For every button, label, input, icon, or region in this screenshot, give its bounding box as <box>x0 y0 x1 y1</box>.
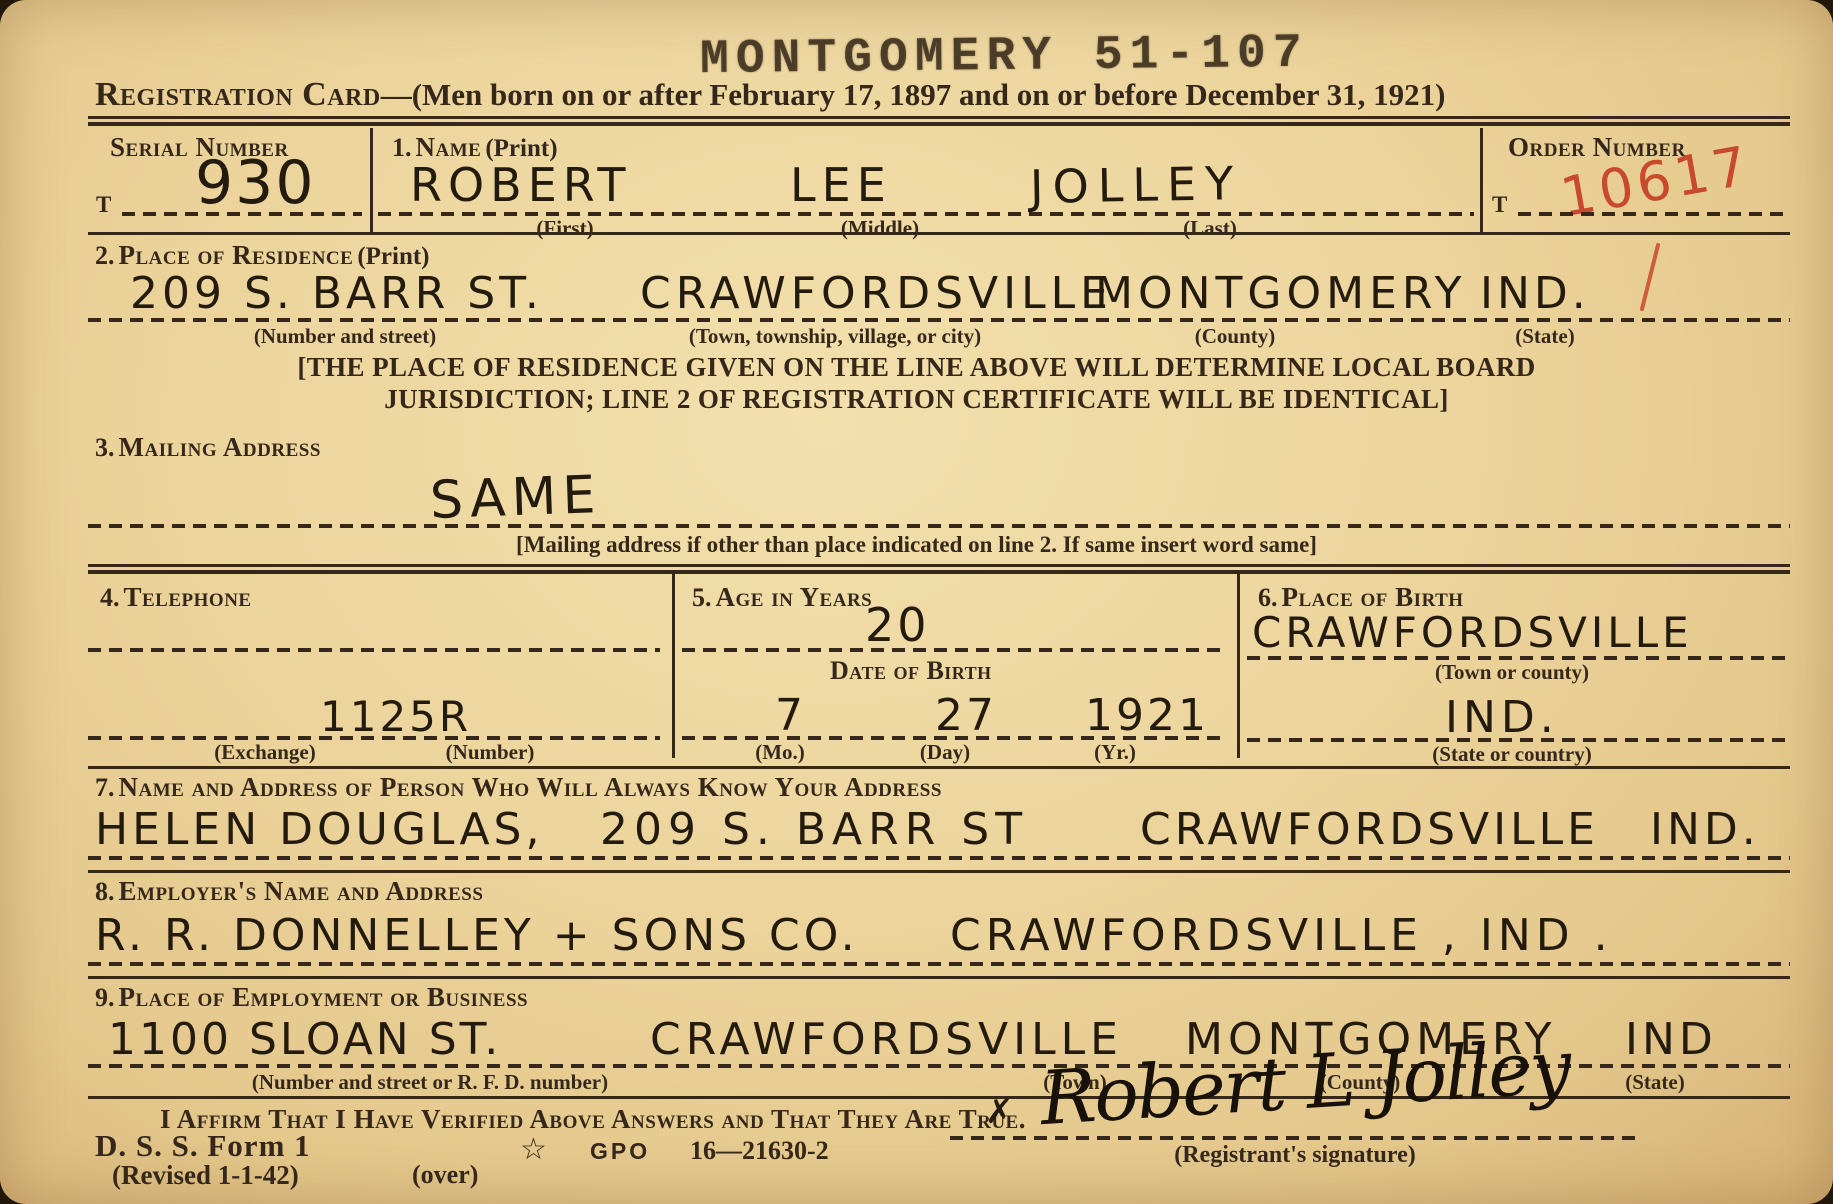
serial-t-prefix: T <box>96 192 111 218</box>
residence-county-sublabel: (County) <box>1195 324 1276 349</box>
jurisdiction-note-line1: [THE PLACE OF RESIDENCE GIVEN ON THE LIN… <box>0 352 1833 383</box>
residence-street-sublabel: (Number and street) <box>254 324 436 349</box>
birth-town-sublabel: (Town or county) <box>1435 660 1589 685</box>
header-divider <box>88 116 1790 126</box>
birth-town-value: CRAWFORDSVILLE <box>1252 608 1693 657</box>
contact-line <box>88 856 1790 860</box>
residence-label: 2. Place of Residence (Print) <box>95 240 430 271</box>
registration-card-scan: MONTGOMERY 51-107 Registration Card—(Men… <box>0 0 1833 1204</box>
mailing-label: 3. Mailing Address <box>95 432 321 463</box>
contact-label: 7. Name and Address of Person Who Will A… <box>95 772 942 803</box>
employer-line <box>88 962 1790 966</box>
employment-label: 9. Place of Employment or Business <box>95 982 528 1013</box>
card-title-qualifier: —(Men born on or after February 17, 1897… <box>381 77 1446 112</box>
dob-day-value: 27 <box>935 690 997 741</box>
serial-name-divider <box>370 128 373 232</box>
mailing-value: SAME <box>429 465 602 531</box>
card-header: Registration Card—(Men born on or after … <box>95 76 1446 114</box>
employment-state-sublabel: (State) <box>1625 1070 1684 1095</box>
residence-line <box>88 318 1790 322</box>
name-last-value: JOLLEY <box>1030 156 1243 214</box>
birth-state-value: IND. <box>1445 692 1559 743</box>
age-line <box>682 648 1227 652</box>
contact-name-value: HELEN DOUGLAS, <box>95 804 543 855</box>
jurisdiction-note-line2: JURISDICTION; LINE 2 OF REGISTRATION CER… <box>0 384 1833 415</box>
employer-label: 8. Employer's Name and Address <box>95 876 483 907</box>
employment-state-value: IND <box>1625 1014 1717 1065</box>
employer-address-value: CRAWFORDSVILLE , IND . <box>950 910 1613 961</box>
name-last-sublabel: (Last) <box>1183 216 1237 241</box>
residence-street-value: 209 S. BARR ST. <box>130 268 543 319</box>
gpo-label: GPO <box>590 1138 650 1165</box>
age-label: 5. Age in Years <box>692 582 872 613</box>
form-revision: (Revised 1-1-42) <box>112 1160 299 1191</box>
mailing-note: [Mailing address if other than place ind… <box>0 532 1833 558</box>
telephone-number-line <box>88 736 660 740</box>
residence-state-sublabel: (State) <box>1515 324 1574 349</box>
name-first-sublabel: (First) <box>536 216 593 241</box>
red-ink-stroke <box>1640 243 1661 312</box>
dob-day-sublabel: (Day) <box>920 740 970 765</box>
age-birth-divider <box>1237 574 1240 758</box>
order-t-prefix: T <box>1492 192 1507 218</box>
signature-caption: (Registrant's signature) <box>1174 1142 1416 1169</box>
contact-state-value: IND. <box>1650 804 1760 855</box>
birth-state-sublabel: (State or country) <box>1432 742 1591 767</box>
employment-street-sublabel: (Number and street or R. F. D. number) <box>252 1070 608 1095</box>
residence-town-value: CRAWFORDSVILLE <box>640 268 1113 319</box>
card-title: Registration Card <box>95 76 381 113</box>
dob-year-value: 1921 <box>1085 690 1209 741</box>
employer-name-value: R. R. DONNELLEY + SONS CO. <box>95 910 859 961</box>
signature-line <box>950 1136 1640 1140</box>
telephone-exchange-sublabel: (Exchange) <box>214 740 316 765</box>
signature-x-mark: ✗ <box>985 1092 1016 1132</box>
dob-month-sublabel: (Mo.) <box>755 740 805 765</box>
residence-county-value: MONTGOMERY <box>1095 268 1467 319</box>
name-first-value: ROBERT <box>410 158 632 212</box>
mailing-line <box>88 524 1790 528</box>
telephone-label: 4. Telephone <box>100 582 252 613</box>
age-value: 20 <box>865 598 930 652</box>
name-order-divider <box>1480 128 1483 232</box>
telephone-age-divider <box>672 574 675 758</box>
serial-number-value: 930 <box>195 148 316 218</box>
telephone-number-sublabel: (Number) <box>446 740 535 765</box>
order-line <box>1518 212 1786 216</box>
gpo-number: 16—21630-2 <box>690 1136 829 1166</box>
row1-divider <box>88 232 1790 235</box>
block-divider-7 <box>88 766 1790 769</box>
name-middle-sublabel: (Middle) <box>841 216 919 241</box>
telephone-number-value: 1125R <box>320 692 471 741</box>
block-divider-8 <box>88 870 1790 873</box>
contact-town-value: CRAWFORDSVILLE <box>1140 804 1599 855</box>
dob-month-value: 7 <box>775 690 805 741</box>
date-of-birth-label: Date of Birth <box>830 656 992 686</box>
employment-street-value: 1100 SLOAN ST. <box>108 1014 501 1065</box>
residence-state-value: IND. <box>1480 268 1590 319</box>
contact-street-value: 209 S. BARR ST <box>600 804 1028 855</box>
telephone-exchange-line <box>88 648 660 652</box>
form-number: D. S. S. Form 1 <box>95 1128 311 1164</box>
dob-year-sublabel: (Yr.) <box>1094 740 1136 765</box>
over-note: (over) <box>412 1160 478 1190</box>
star-icon: ☆ <box>520 1132 547 1167</box>
name-middle-value: LEE <box>790 158 892 212</box>
serial-line <box>122 212 362 216</box>
residence-town-sublabel: (Town, township, village, or city) <box>689 324 981 349</box>
mailing-divider <box>88 564 1790 574</box>
block-divider-9 <box>88 976 1790 979</box>
